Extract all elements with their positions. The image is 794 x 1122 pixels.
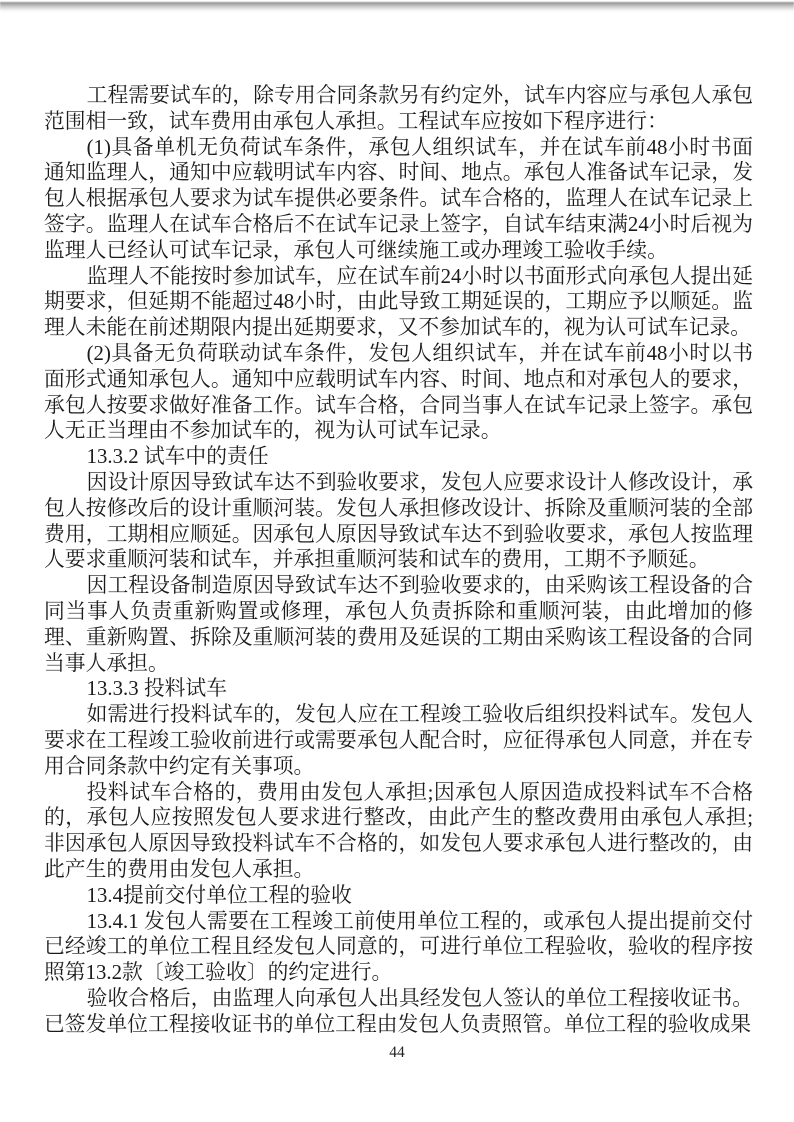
paragraph: 监理人不能按时参加试车，应在试车前24小时以书面形式向承包人提出延期要求，但延期… (44, 264, 753, 341)
document-page: 工程需要试车的，除专用合同条款另有约定外，试车内容应与承包人承包范围相一致，试车… (0, 0, 794, 1122)
paragraph: 投料试车合格的，费用由发包人承担;因承包人原因造成投料试车不合格的，承包人应按照… (44, 780, 753, 883)
section-heading-13-4: 13.4提前交付单位工程的验收 (44, 883, 753, 909)
paragraph: 工程需要试车的，除专用合同条款另有约定外，试车内容应与承包人承包范围相一致，试车… (44, 83, 753, 135)
paragraph: (2)具备无负荷联动试车条件，发包人组织试车，并在试车前48小时以书面形式通知承… (44, 341, 753, 444)
paragraph: 因设计原因导致试车达不到验收要求，发包人应要求设计人修改设计，承包人按修改后的设… (44, 470, 753, 573)
document-body: 工程需要试车的，除专用合同条款另有约定外，试车内容应与承包人承包范围相一致，试车… (44, 83, 753, 1037)
paragraph: 13.4.1 发包人需要在工程竣工前使用单位工程的，或承包人提出提前交付已经竣工… (44, 909, 753, 986)
paragraph: (1)具备单机无负荷试车条件，承包人组织试车，并在试车前48小时书面通知监理人，… (44, 135, 753, 264)
scan-shadow-artifact (0, 2, 794, 14)
paragraph: 因工程设备制造原因导致试车达不到验收要求的，由采购该工程设备的合同当事人负责重新… (44, 573, 753, 676)
paragraph: 如需进行投料试车的，发包人应在工程竣工验收后组织投料试车。发包人要求在工程竣工验… (44, 702, 753, 779)
section-heading-13-3-2: 13.3.2 试车中的责任 (44, 444, 753, 470)
paragraph: 验收合格后，由监理人向承包人出具经发包人签认的单位工程接收证书。已签发单位工程接… (44, 986, 753, 1038)
page-number: 44 (0, 1044, 794, 1062)
section-heading-13-3-3: 13.3.3 投料试车 (44, 676, 753, 702)
